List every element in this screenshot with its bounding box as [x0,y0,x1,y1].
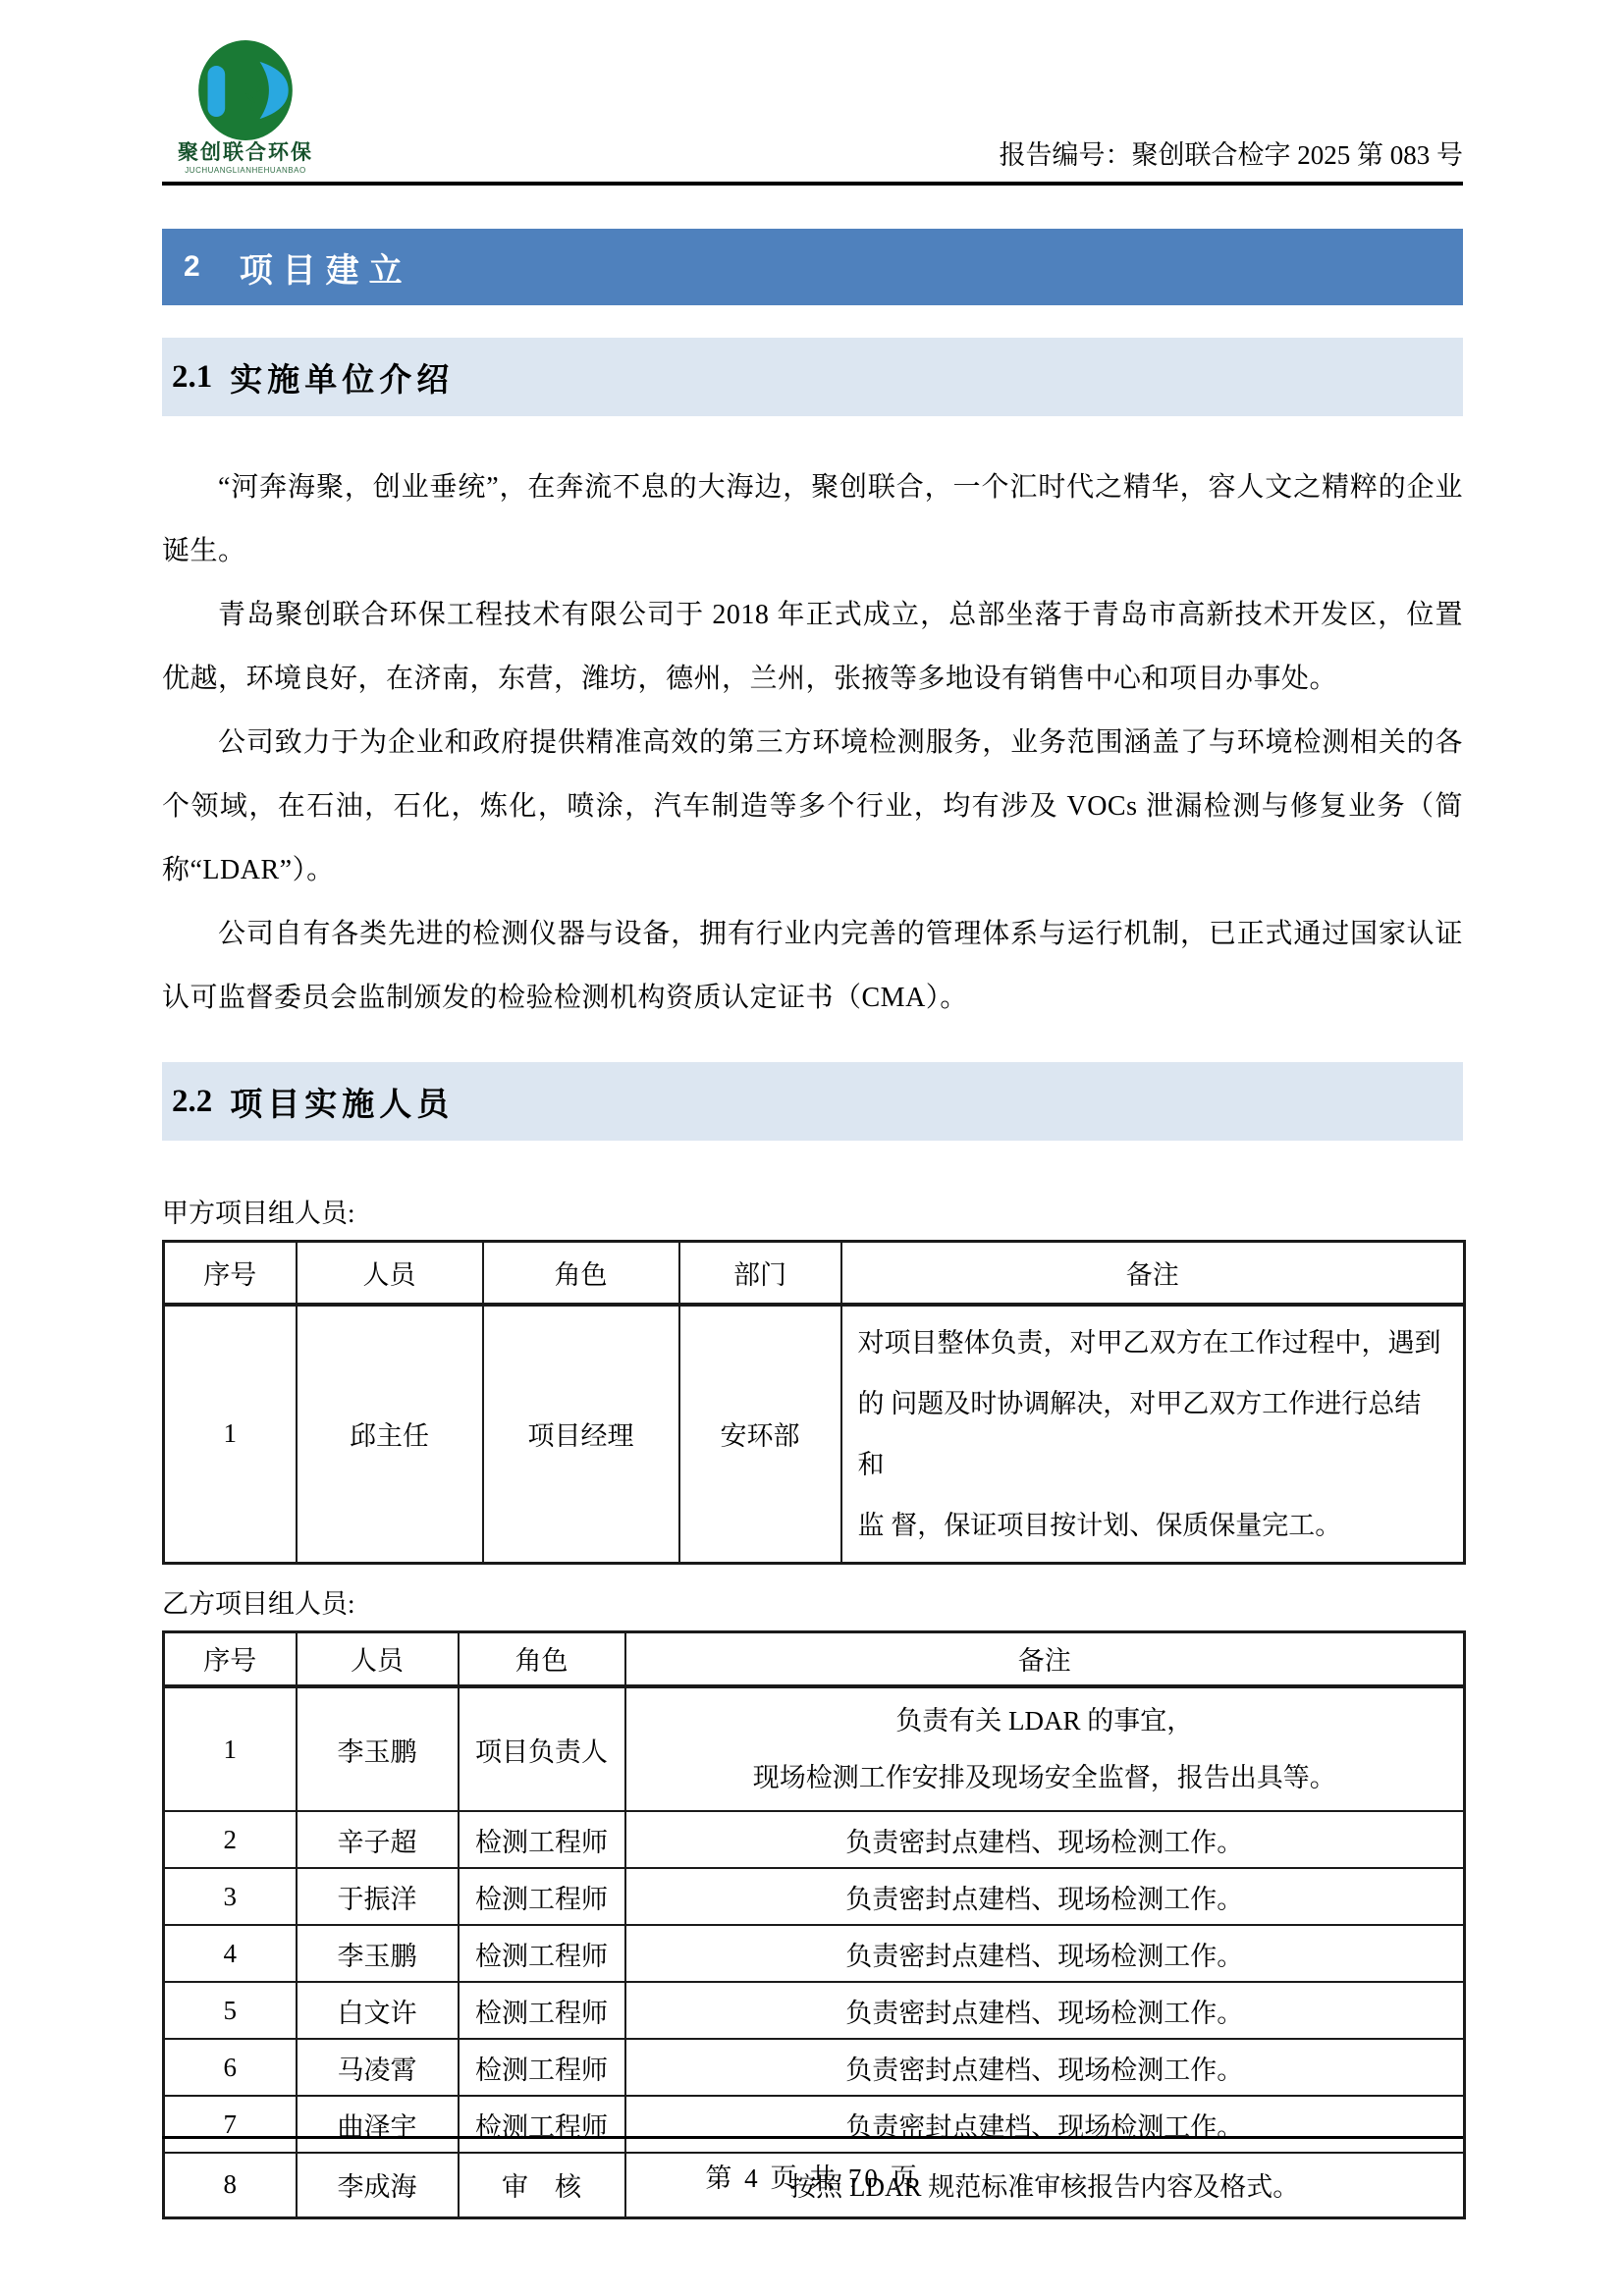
paragraph: 青岛聚创联合环保工程技术有限公司于 2018 年正式成立，总部坐落于青岛市高新技… [162,583,1463,711]
cell-role: 检测工程师 [459,1925,625,1982]
cell-no: 4 [164,1925,297,1982]
cell-name: 马凌霄 [297,2039,459,2096]
section-2-2-heading-bar: 2.2 项目实施人员 [162,1062,1463,1141]
table-header-row: 序号 人员 角色 部门 备注 [164,1242,1465,1305]
column-header-name: 人员 [297,1242,483,1305]
cell-dept: 安环部 [679,1305,841,1564]
table-row: 1 邱主任 项目经理 安环部 对项目整体负责，对甲乙双方在工作过程中，遇到 的 … [164,1305,1465,1564]
column-header-role: 角色 [483,1242,679,1305]
table-row: 6 马凌霄 检测工程师 负责密封点建档、现场检测工作。 [164,2039,1465,2096]
section-2-1-body: “河奔海聚，创业垂统”，在奔流不息的大海边，聚创联合，一个汇时代之精华，容人文之… [162,455,1463,1030]
cell-name: 于振洋 [297,1868,459,1925]
table-row: 2 辛子超 检测工程师 负责密封点建档、现场检测工作。 [164,1811,1465,1868]
section-2-2-title: 项目实施人员 [230,1079,454,1125]
cell-no: 5 [164,1982,297,2039]
cell-role: 检测工程师 [459,1811,625,1868]
logo-company-name-romanized: JUCHUANGLIANHEHUANBAO [162,165,329,176]
cell-remark: 对项目整体负责，对甲乙双方在工作过程中，遇到 的 问题及时协调解决，对甲乙双方工… [841,1305,1465,1564]
table-row: 5 白文许 检测工程师 负责密封点建档、现场检测工作。 [164,1982,1465,2039]
column-header-no: 序号 [164,1631,297,1686]
column-header-no: 序号 [164,1242,297,1305]
cell-no: 3 [164,1868,297,1925]
table-row: 4 李玉鹏 检测工程师 负责密封点建档、现场检测工作。 [164,1925,1465,1982]
column-header-remark: 备注 [625,1631,1465,1686]
cell-remark: 负责有关 LDAR 的事宜， 现场检测工作安排及现场安全监督，报告出具等。 [625,1686,1465,1811]
table-row: 3 于振洋 检测工程师 负责密封点建档、现场检测工作。 [164,1868,1465,1925]
cell-role: 检测工程师 [459,1868,625,1925]
cell-remark: 负责密封点建档、现场检测工作。 [625,1982,1465,2039]
party-b-table: 序号 人员 角色 备注 1 李玉鹏 项目负责人 负责有关 LDAR 的事宜， 现… [162,1630,1466,2219]
party-a-table: 序号 人员 角色 部门 备注 1 邱主任 项目经理 安环部 对项目整体负责，对甲… [162,1240,1466,1565]
cell-name: 李玉鹏 [297,1925,459,1982]
cell-role: 项目负责人 [459,1686,625,1811]
table-row: 1 李玉鹏 项目负责人 负责有关 LDAR 的事宜， 现场检测工作安排及现场安全… [164,1686,1465,1811]
section-2-1-title: 实施单位介绍 [230,354,454,400]
chapter-title: 项目建立 [240,243,412,292]
cell-no: 1 [164,1686,297,1811]
paragraph: 公司自有各类先进的检测仪器与设备，拥有行业内完善的管理体系与运行机制，已正式通过… [162,902,1463,1030]
cell-name: 李玉鹏 [297,1686,459,1811]
paragraph: 公司致力于为企业和政府提供精准高效的第三方环境检测服务，业务范围涵盖了与环境检测… [162,711,1463,902]
document-footer: 第 4 页 共 70 页 [162,2136,1463,2195]
cell-role: 检测工程师 [459,1982,625,2039]
chapter-heading-bar: 2 项目建立 [162,229,1463,305]
cell-name: 白文许 [297,1982,459,2039]
cell-remark: 负责密封点建档、现场检测工作。 [625,1811,1465,1868]
page-number: 第 4 页 共 70 页 [162,2157,1463,2195]
section-2-1-number: 2.1 [172,359,212,396]
cell-remark: 负责密封点建档、现场检测工作。 [625,1925,1465,1982]
table-header-row: 序号 人员 角色 备注 [164,1631,1465,1686]
column-header-remark: 备注 [841,1242,1465,1305]
section-2-1-heading-bar: 2.1 实施单位介绍 [162,338,1463,416]
paragraph: “河奔海聚，创业垂统”，在奔流不息的大海边，聚创联合，一个汇时代之精华，容人文之… [162,455,1463,583]
cell-name: 辛子超 [297,1811,459,1868]
cell-name: 邱主任 [297,1305,483,1564]
company-logo-icon [194,39,297,141]
cell-no: 6 [164,2039,297,2096]
party-a-table-label: 甲方项目组人员: [162,1192,1463,1230]
document-page: 聚创联合环保 JUCHUANGLIANHEHUANBAO 报告编号：聚创联合检字… [0,0,1624,2296]
report-number: 报告编号：聚创联合检字 2025 第 083 号 [1000,133,1464,176]
column-header-dept: 部门 [679,1242,841,1305]
cell-remark: 负责密封点建档、现场检测工作。 [625,2039,1465,2096]
cell-no: 2 [164,1811,297,1868]
company-logo: 聚创联合环保 JUCHUANGLIANHEHUANBAO [162,39,329,176]
column-header-role: 角色 [459,1631,625,1686]
cell-role: 检测工程师 [459,2039,625,2096]
party-b-table-label: 乙方项目组人员: [162,1582,1463,1621]
cell-remark: 负责密封点建档、现场检测工作。 [625,1868,1465,1925]
cell-no: 1 [164,1305,297,1564]
column-header-name: 人员 [297,1631,459,1686]
chapter-number: 2 [184,250,200,284]
document-header: 聚创联合环保 JUCHUANGLIANHEHUANBAO 报告编号：聚创联合检字… [162,0,1463,186]
cell-role: 项目经理 [483,1305,679,1564]
logo-company-name: 聚创联合环保 [162,141,329,165]
section-2-2-number: 2.2 [172,1084,212,1120]
